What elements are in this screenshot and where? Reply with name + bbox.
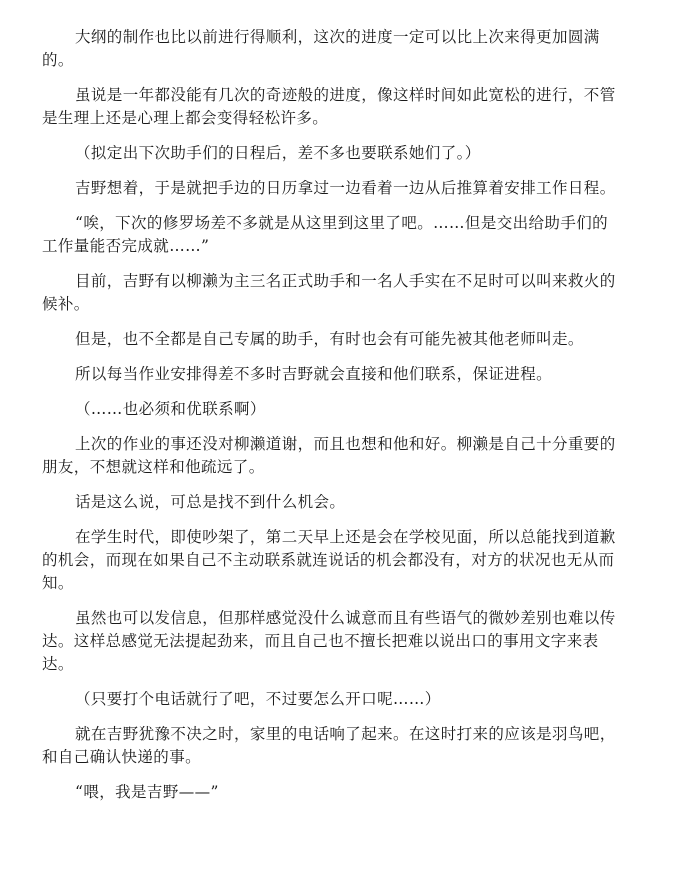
paragraph-4: 吉野想着，于是就把手边的日历拿过一边看着一边从后推算着安排工作日程。 xyxy=(42,177,642,200)
paragraph-15: 就在吉野犹豫不决之时，家里的电话响了起来。在这时打来的应该是羽鸟吧， 和自己确认… xyxy=(42,723,642,769)
paragraph-line: 所以每当作业安排得差不多时吉野就会直接和他们联系，保证进程。 xyxy=(42,363,642,386)
paragraph-line: 上次的作业的事还没对柳濑道谢，而且也想和他和好。柳濑是自己十分重要的 xyxy=(42,433,642,456)
paragraph-line: 是生理上还是心理上都会变得轻松许多。 xyxy=(42,107,642,130)
paragraph-line: 的机会，而现在如果自己不主动联系就连说话的机会都没有，对方的状况也无从而 xyxy=(42,549,642,572)
paragraph-7: 但是，也不全都是自己专属的助手，有时也会有可能先被其他老师叫走。 xyxy=(42,328,642,351)
paragraph-14: （只要打个电话就行了吧，不过要怎么开口呢……） xyxy=(42,688,642,711)
paragraph-13: 虽然也可以发信息，但那样感觉没什么诚意而且有些语气的微妙差别也难以传 达。这样总… xyxy=(42,607,642,676)
paragraph-line: “唉，下次的修罗场差不多就是从这里到这里了吧。……但是交出给助手们的 xyxy=(42,212,642,235)
paragraph-9: （……也必须和优联系啊） xyxy=(42,398,642,421)
paragraph-line: （拟定出下次助手们的日程后，差不多也要联系她们了。） xyxy=(42,142,642,165)
paragraph-line: 朋友，不想就这样和他疏远了。 xyxy=(42,456,642,479)
paragraph-10: 上次的作业的事还没对柳濑道谢，而且也想和他和好。柳濑是自己十分重要的 朋友，不想… xyxy=(42,433,642,479)
paragraph-line: 工作量能否完成就……” xyxy=(42,235,642,258)
paragraph-5: “唉，下次的修罗场差不多就是从这里到这里了吧。……但是交出给助手们的 工作量能否… xyxy=(42,212,642,258)
paragraph-line: 话是这么说，可总是找不到什么机会。 xyxy=(42,491,642,514)
paragraph-line: 虽然也可以发信息，但那样感觉没什么诚意而且有些语气的微妙差别也难以传 xyxy=(42,607,642,630)
paragraph-line: （只要打个电话就行了吧，不过要怎么开口呢……） xyxy=(42,688,642,711)
paragraph-line: （……也必须和优联系啊） xyxy=(42,398,642,421)
document-page: 大纲的制作也比以前进行得顺利，这次的进度一定可以比上次来得更加圆满 的。 虽说是… xyxy=(42,26,642,816)
paragraph-line: 在学生时代，即使吵架了，第二天早上还是会在学校见面，所以总能找到道歉 xyxy=(42,526,642,549)
paragraph-line: 虽说是一年都没能有几次的奇迹般的进度，像这样时间如此宽松的进行，不管 xyxy=(42,84,642,107)
paragraph-1: 大纲的制作也比以前进行得顺利，这次的进度一定可以比上次来得更加圆满 的。 xyxy=(42,26,642,72)
paragraph-3: （拟定出下次助手们的日程后，差不多也要联系她们了。） xyxy=(42,142,642,165)
paragraph-line: 候补。 xyxy=(42,293,642,316)
paragraph-11: 话是这么说，可总是找不到什么机会。 xyxy=(42,491,642,514)
paragraph-line: 达。这样总感觉无法提起劲来，而且自己也不擅长把难以说出口的事用文字来表 xyxy=(42,630,642,653)
paragraph-line: 达。 xyxy=(42,653,642,676)
paragraph-16: “喂，我是吉野——” xyxy=(42,781,642,804)
paragraph-line: “喂，我是吉野——” xyxy=(42,781,642,804)
paragraph-line: 和自己确认快递的事。 xyxy=(42,746,642,769)
paragraph-2: 虽说是一年都没能有几次的奇迹般的进度，像这样时间如此宽松的进行，不管 是生理上还… xyxy=(42,84,642,130)
paragraph-line: 但是，也不全都是自己专属的助手，有时也会有可能先被其他老师叫走。 xyxy=(42,328,642,351)
paragraph-line: 知。 xyxy=(42,572,642,595)
paragraph-line: 吉野想着，于是就把手边的日历拿过一边看着一边从后推算着安排工作日程。 xyxy=(42,177,642,200)
paragraph-line: 就在吉野犹豫不决之时，家里的电话响了起来。在这时打来的应该是羽鸟吧， xyxy=(42,723,642,746)
paragraph-line: 的。 xyxy=(42,49,642,72)
paragraph-8: 所以每当作业安排得差不多时吉野就会直接和他们联系，保证进程。 xyxy=(42,363,642,386)
paragraph-line: 大纲的制作也比以前进行得顺利，这次的进度一定可以比上次来得更加圆满 xyxy=(42,26,642,49)
paragraph-line: 目前，吉野有以柳濑为主三名正式助手和一名人手实在不足时可以叫来救火的 xyxy=(42,270,642,293)
paragraph-6: 目前，吉野有以柳濑为主三名正式助手和一名人手实在不足时可以叫来救火的 候补。 xyxy=(42,270,642,316)
paragraph-12: 在学生时代，即使吵架了，第二天早上还是会在学校见面，所以总能找到道歉 的机会，而… xyxy=(42,526,642,595)
